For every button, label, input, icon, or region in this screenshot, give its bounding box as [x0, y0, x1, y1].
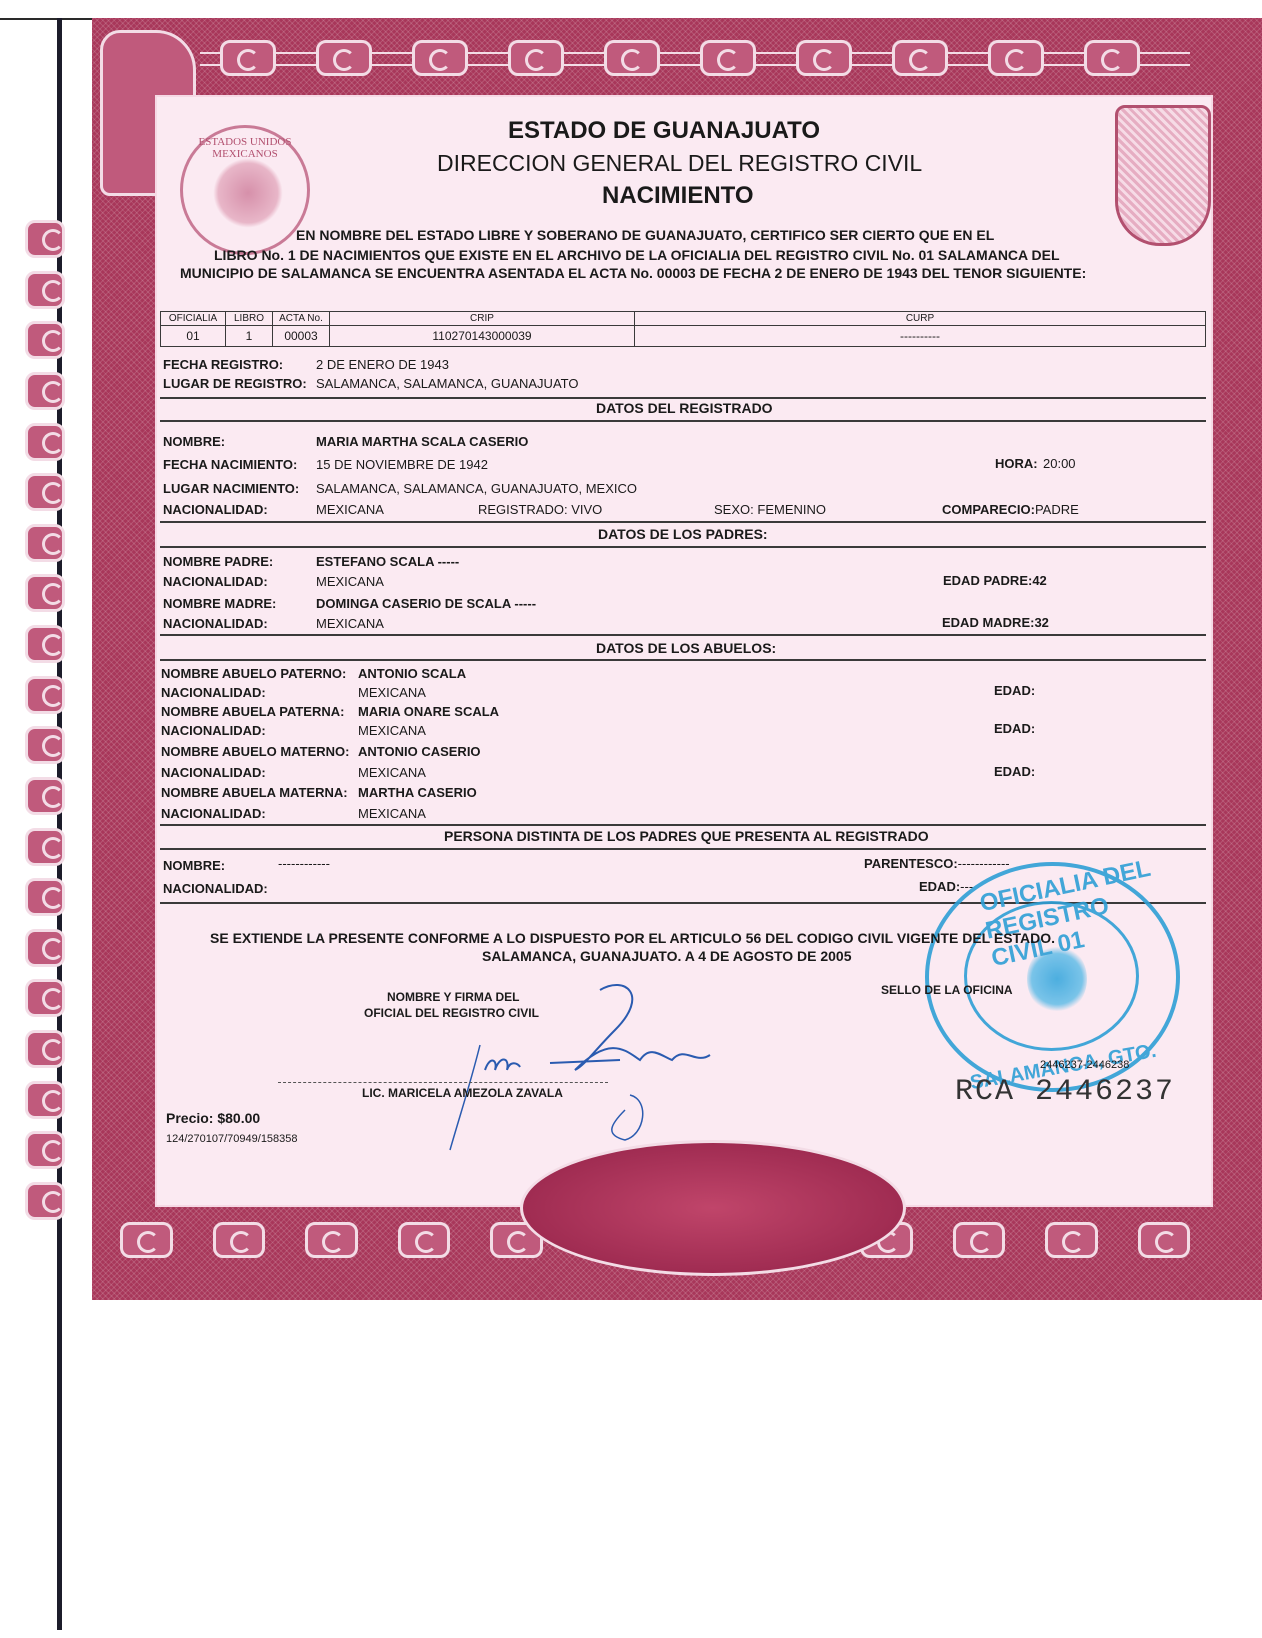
- edad-madre: EDAD MADRE:32: [942, 615, 1049, 630]
- divider: [160, 848, 1206, 850]
- abuelo-paterno-nac-value: MEXICANA: [358, 685, 426, 700]
- official-signature: [410, 975, 720, 1155]
- lugar-registro-value: SALAMANCA, SALAMANCA, GUANAJUATO: [316, 376, 578, 391]
- glyph-ornament: [1084, 40, 1140, 76]
- presentante-nombre-label: NOMBRE:: [163, 858, 225, 873]
- serial-number: RCA 2446237: [955, 1075, 1175, 1109]
- comparecio: COMPARECIO:PADRE: [942, 502, 1079, 517]
- edad-madre-label: EDAD MADRE:: [942, 615, 1034, 630]
- ids-value-row: 01 1 00003 110270143000039 ----------: [161, 326, 1206, 347]
- padre-label: NOMBRE PADRE:: [163, 554, 273, 569]
- stamp-outer-text: OFICIALIA DEL REGISTRO CIVIL 01: [977, 851, 1182, 973]
- sexo-label: SEXO:: [714, 502, 754, 517]
- registrado-status: REGISTRADO: VIVO: [478, 502, 602, 517]
- nacionalidad-label: NACIONALIDAD:: [163, 502, 268, 517]
- glyph-ornament: [316, 40, 372, 76]
- abuelo-materno-edad-label: EDAD:: [994, 764, 1035, 779]
- precio: Precio: $80.00: [166, 1110, 260, 1126]
- glyph-ornament: [120, 1222, 173, 1258]
- glyph-ornament: [25, 574, 65, 612]
- glyph-ornament: [25, 777, 65, 815]
- divider: [160, 824, 1206, 826]
- value-curp: ----------: [635, 326, 1206, 347]
- border-band-top: [200, 30, 1200, 85]
- ids-table: OFICIALIA LIBRO ACTA No. CRIP CURP 01 1 …: [160, 311, 1206, 347]
- abuelo-materno-label: NOMBRE ABUELO MATERNO:: [161, 744, 350, 759]
- ids-header-row: OFICIALIA LIBRO ACTA No. CRIP CURP: [161, 312, 1206, 326]
- glyph-ornament: [220, 40, 276, 76]
- glyph-ornament: [1138, 1222, 1191, 1258]
- section-padres: DATOS DE LOS PADRES:: [598, 526, 768, 542]
- parentesco: PARENTESCO:------------: [864, 856, 1010, 871]
- nacionalidad-value: MEXICANA: [316, 502, 384, 517]
- guilloche-lens-ornament: [520, 1140, 906, 1276]
- divider: [160, 634, 1206, 636]
- glyph-ornament: [25, 979, 65, 1017]
- abuelo-materno-nac-value: MEXICANA: [358, 765, 426, 780]
- presentante-edad-label: EDAD:: [919, 879, 960, 894]
- abuela-materna-nac-value: MEXICANA: [358, 806, 426, 821]
- abuelo-paterno-nac-label: NACIONALIDAD:: [161, 685, 266, 700]
- presentante-nacionalidad-label: NACIONALIDAD:: [163, 881, 268, 896]
- glyph-ornament: [25, 321, 65, 359]
- parentesco-label: PARENTESCO:: [864, 856, 958, 871]
- glyph-ornament: [25, 878, 65, 916]
- intro-line-3: MUNICIPIO DE SALAMANCA SE ENCUENTRA ASEN…: [180, 265, 1086, 281]
- madre-value: DOMINGA CASERIO DE SCALA -----: [316, 596, 536, 611]
- document-type: NACIMIENTO: [602, 182, 754, 210]
- comparecio-value: PADRE: [1035, 502, 1079, 517]
- abuelo-materno-nac-label: NACIONALIDAD:: [161, 765, 266, 780]
- divider: [160, 397, 1206, 399]
- abuelo-materno-value: ANTONIO CASERIO: [358, 744, 481, 759]
- glyph-ornament: [25, 1081, 65, 1119]
- madre-nacionalidad-label: NACIONALIDAD:: [163, 616, 268, 631]
- glyph-ornament: [953, 1222, 1006, 1258]
- signature-line: [278, 1082, 608, 1083]
- glyph-ornament: [25, 524, 65, 562]
- glyph-ornament: [604, 40, 660, 76]
- abuela-paterna-edad-label: EDAD:: [994, 721, 1035, 736]
- glyph-ornament: [25, 423, 65, 461]
- glyph-ornament: [25, 220, 65, 258]
- sexo: SEXO: FEMENINO: [714, 502, 826, 517]
- lugar-nacimiento-value: SALAMANCA, SALAMANCA, GUANAJUATO, MEXICO: [316, 481, 637, 496]
- abuela-paterna-nac-value: MEXICANA: [358, 723, 426, 738]
- eagle-emblem-icon: [213, 158, 283, 228]
- registrado-label: REGISTRADO:: [478, 502, 568, 517]
- national-seal-icon: ESTADOS UNIDOS MEXICANOS: [180, 125, 310, 255]
- glyph-ornament: [25, 676, 65, 714]
- padre-nacionalidad-value: MEXICANA: [316, 574, 384, 589]
- hora-value: 20:00: [1043, 456, 1076, 471]
- fecha-nacimiento-value: 15 DE NOVIEMBRE DE 1942: [316, 457, 488, 472]
- registrado-value: VIVO: [571, 502, 602, 517]
- section-abuelos: DATOS DE LOS ABUELOS:: [596, 640, 776, 656]
- intro-line-1: EN NOMBRE DEL ESTADO LIBRE Y SOBERANO DE…: [296, 227, 994, 243]
- glyph-ornament: [25, 271, 65, 309]
- sexo-value: FEMENINO: [757, 502, 826, 517]
- glyph-ornament: [700, 40, 756, 76]
- header-libro: LIBRO: [226, 312, 273, 326]
- header-oficialia: OFICIALIA: [161, 312, 226, 326]
- glyph-ornament: [988, 40, 1044, 76]
- madre-nacionalidad-value: MEXICANA: [316, 616, 384, 631]
- agency-title: DIRECCION GENERAL DEL REGISTRO CIVIL: [437, 150, 922, 177]
- divider: [160, 546, 1206, 548]
- glyph-ornament: [25, 726, 65, 764]
- edad-padre-value: 42: [1032, 573, 1046, 588]
- madre-label: NOMBRE MADRE:: [163, 596, 276, 611]
- value-acta: 00003: [273, 326, 330, 347]
- abuelo-paterno-label: NOMBRE ABUELO PATERNO:: [161, 666, 346, 681]
- reference-code: 124/270107/70949/158358: [166, 1133, 298, 1145]
- glyph-ornament: [25, 929, 65, 967]
- presentante-nombre-value: ------------: [278, 856, 330, 871]
- closing-line-2: SALAMANCA, GUANAJUATO. A 4 DE AGOSTO DE …: [482, 948, 852, 964]
- abuela-paterna-value: MARIA ONARE SCALA: [358, 704, 499, 719]
- section-presentante: PERSONA DISTINTA DE LOS PADRES QUE PRESE…: [444, 828, 929, 844]
- office-stamp: OFICIALIA DEL REGISTRO CIVIL 01 SALAMANC…: [925, 862, 1180, 1092]
- sello-caption: SELLO DE LA OFICINA: [881, 983, 1013, 997]
- glyph-ornament: [1045, 1222, 1098, 1258]
- divider: [160, 521, 1206, 523]
- value-crip: 110270143000039: [330, 326, 635, 347]
- edad-padre-label: EDAD PADRE:: [943, 573, 1032, 588]
- glyph-ornament: [508, 40, 564, 76]
- value-libro: 1: [226, 326, 273, 347]
- border-band-left: [20, 220, 70, 1220]
- section-registrado: DATOS DEL REGISTRADO: [596, 400, 773, 416]
- lugar-nacimiento-label: LUGAR NACIMIENTO:: [163, 481, 299, 496]
- glyph-ornament: [25, 1030, 65, 1068]
- abuela-paterna-label: NOMBRE ABUELA PATERNA:: [161, 704, 344, 719]
- hora-label: HORA:: [995, 456, 1038, 471]
- padre-value: ESTEFANO SCALA -----: [316, 554, 459, 569]
- closing-line-1: SE EXTIENDE LA PRESENTE CONFORME A LO DI…: [210, 930, 1055, 946]
- abuela-materna-label: NOMBRE ABUELA MATERNA:: [161, 785, 348, 800]
- abuela-materna-value: MARTHA CASERIO: [358, 785, 477, 800]
- abuelo-paterno-edad-label: EDAD:: [994, 683, 1035, 698]
- comparecio-label: COMPARECIO:: [942, 502, 1035, 517]
- state-title: ESTADO DE GUANAJUATO: [508, 117, 820, 145]
- edad-madre-value: 32: [1034, 615, 1048, 630]
- serial-range: 2446237-2446238: [1040, 1059, 1129, 1071]
- glyph-ornament: [25, 1182, 65, 1220]
- value-oficialia: 01: [161, 326, 226, 347]
- abuelo-paterno-value: ANTONIO SCALA: [358, 666, 466, 681]
- fecha-registro-label: FECHA REGISTRO:: [163, 357, 283, 372]
- glyph-ornament: [25, 372, 65, 410]
- glyph-ornament: [25, 625, 65, 663]
- glyph-ornament: [25, 1131, 65, 1169]
- glyph-ornament: [412, 40, 468, 76]
- glyph-ornament: [305, 1222, 358, 1258]
- abuela-paterna-nac-label: NACIONALIDAD:: [161, 723, 266, 738]
- nombre-value: MARIA MARTHA SCALA CASERIO: [316, 434, 528, 449]
- fecha-registro-value: 2 DE ENERO DE 1943: [316, 357, 449, 372]
- abuela-materna-nac-label: NACIONALIDAD:: [161, 806, 266, 821]
- glyph-ornament: [398, 1222, 451, 1258]
- glyph-ornament: [796, 40, 852, 76]
- seal-caption: ESTADOS UNIDOS MEXICANOS: [199, 136, 292, 160]
- glyph-ornament: [25, 828, 65, 866]
- parentesco-value: ------------: [958, 856, 1010, 871]
- header-crip: CRIP: [330, 312, 635, 326]
- glyph-ornament: [213, 1222, 266, 1258]
- nombre-label: NOMBRE:: [163, 434, 225, 449]
- glyph-ornament: [25, 473, 65, 511]
- intro-line-2: LIBRO No. 1 DE NACIMIENTOS QUE EXISTE EN…: [214, 247, 1060, 263]
- guanajuato-coat-of-arms-icon: [1115, 105, 1211, 246]
- fecha-nacimiento-label: FECHA NACIMIENTO:: [163, 457, 297, 472]
- edad-padre: EDAD PADRE:42: [943, 573, 1047, 588]
- glyph-ornament: [892, 40, 948, 76]
- header-curp: CURP: [635, 312, 1206, 326]
- official-name: LIC. MARICELA AMEZOLA ZAVALA: [362, 1086, 563, 1100]
- divider: [160, 659, 1206, 661]
- header-acta: ACTA No.: [273, 312, 330, 326]
- lugar-registro-label: LUGAR DE REGISTRO:: [163, 376, 307, 391]
- divider: [160, 420, 1206, 422]
- padre-nacionalidad-label: NACIONALIDAD:: [163, 574, 268, 589]
